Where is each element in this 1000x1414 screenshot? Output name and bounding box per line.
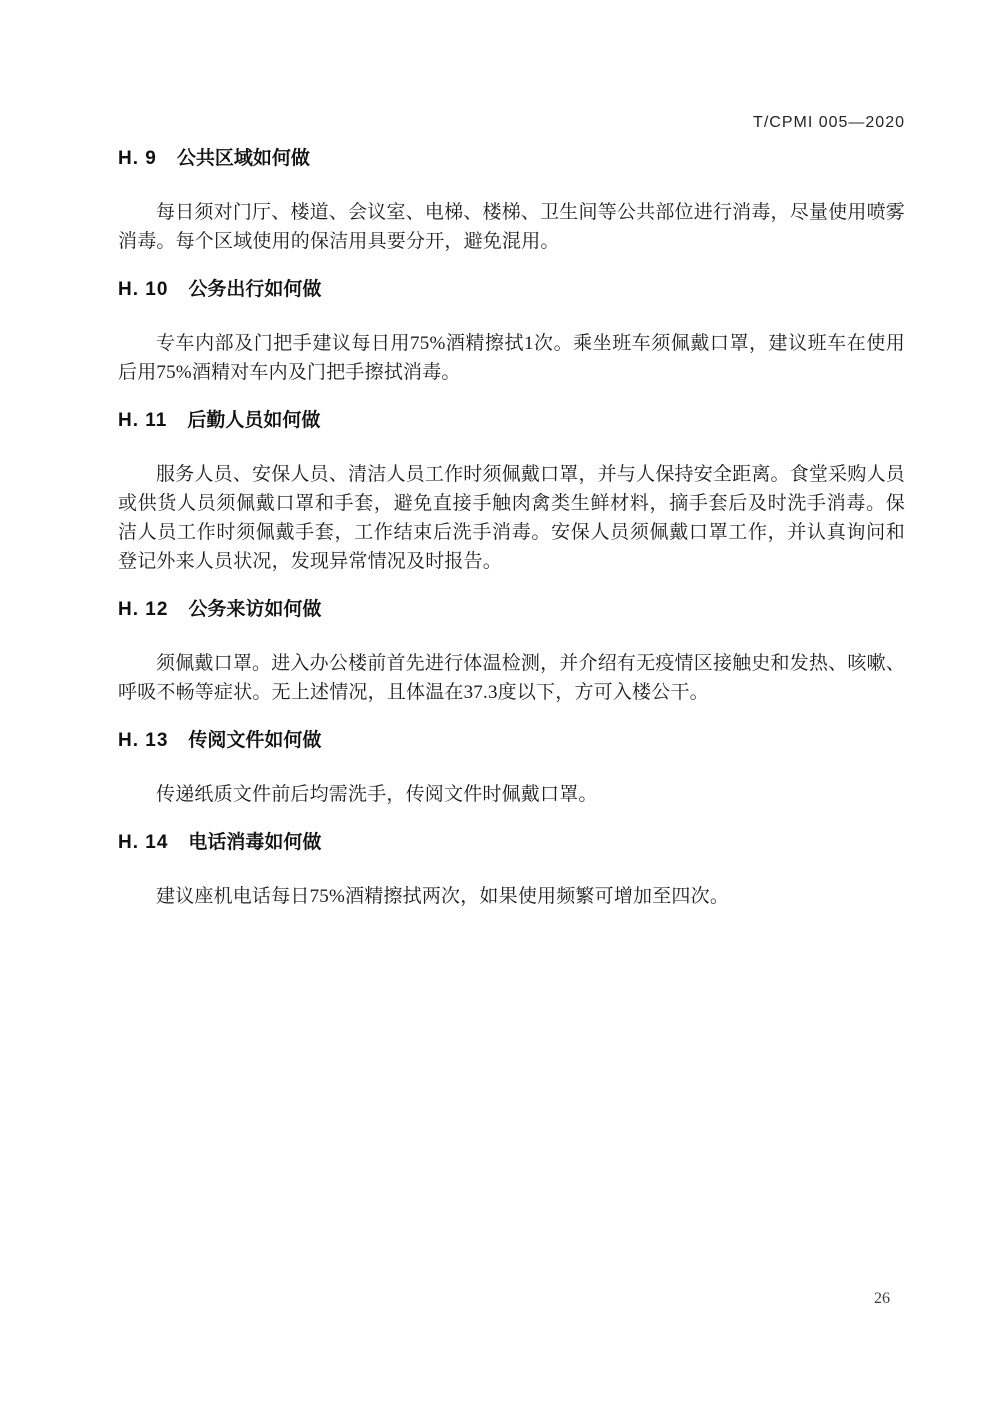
section-number: H. 12 [118,597,168,622]
section-number: H. 14 [118,830,168,855]
section-heading-h10: H. 10 公务出行如何做 [118,277,905,302]
section-paragraph: 每日须对门厅、楼道、会议室、电梯、楼梯、卫生间等公共部位进行消毒，尽量使用喷雾消… [118,198,905,256]
page-number: 26 [874,1290,890,1308]
section-heading-h12: H. 12 公务来访如何做 [118,597,905,622]
section-heading-h11: H. 11 后勤人员如何做 [118,408,905,433]
section-title: 传阅文件如何做 [188,728,321,753]
section-title: 后勤人员如何做 [187,408,320,433]
section-title: 公务出行如何做 [188,277,321,302]
section-paragraph: 建议座机电话每日75%酒精擦拭两次，如果使用频繁可增加至四次。 [118,882,905,911]
header-standard-number: T/CPMI 005—2020 [118,112,905,133]
section-number: H. 11 [118,408,167,433]
section-heading-h9: H. 9 公共区域如何做 [118,146,905,171]
section-number: H. 13 [118,728,168,753]
section-paragraph: 专车内部及门把手建议每日用75%酒精擦拭1次。乘坐班车须佩戴口罩，建议班车在使用… [118,329,905,387]
section-paragraph: 服务人员、安保人员、清洁人员工作时须佩戴口罩，并与人保持安全距离。食堂采购人员或… [118,460,905,576]
section-heading-h13: H. 13 传阅文件如何做 [118,728,905,753]
section-number: H. 10 [118,277,168,302]
section-title: 电话消毒如何做 [188,830,321,855]
section-number: H. 9 [118,146,157,171]
section-title: 公共区域如何做 [177,146,310,171]
document-page: T/CPMI 005—2020 H. 9 公共区域如何做 每日须对门厅、楼道、会… [0,0,1000,1414]
section-paragraph: 须佩戴口罩。进入办公楼前首先进行体温检测，并介绍有无疫情区接触史和发热、咳嗽、呼… [118,649,905,707]
section-title: 公务来访如何做 [188,597,321,622]
section-paragraph: 传递纸质文件前后均需洗手，传阅文件时佩戴口罩。 [118,780,905,809]
section-heading-h14: H. 14 电话消毒如何做 [118,830,905,855]
